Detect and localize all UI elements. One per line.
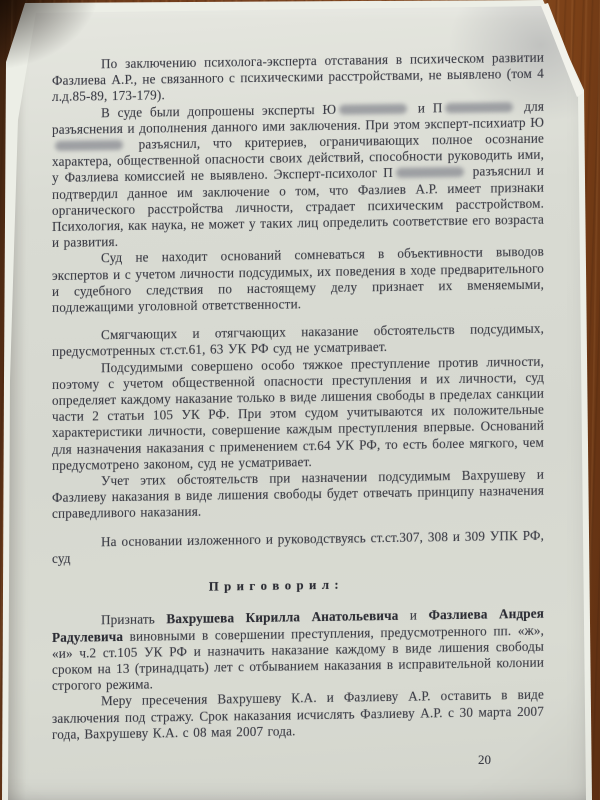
text-run: и	[398, 608, 428, 623]
paragraph: Подсудимыми совершено особо тяжкое прест…	[52, 353, 544, 474]
paragraph: В суде были допрошены эксперты Ю и П для…	[52, 98, 544, 251]
paragraph: На основании изложенного и руководствуяс…	[52, 527, 544, 567]
paragraph: По заключению психолога-эксперта отстава…	[52, 50, 544, 106]
text-run: Вахрушева Кирилла Анатольевича	[166, 608, 398, 626]
text-run: По заключению психолога-эксперта отстава…	[52, 50, 544, 105]
redaction-blur	[339, 103, 407, 114]
text-run: и П	[410, 100, 442, 115]
text-run: виновными в совершении преступления, пре…	[52, 622, 544, 693]
paragraph: Учет этих обстоятельств при назначении п…	[52, 467, 544, 523]
redaction-blur	[445, 102, 513, 113]
text-run: Учет этих обстоятельств при назначении п…	[52, 467, 544, 522]
page-number: 20	[478, 752, 491, 768]
redaction-blur	[55, 140, 123, 151]
text-run: Подсудимыми совершено особо тяжкое прест…	[52, 353, 544, 473]
redaction-blur	[396, 167, 464, 178]
text-run: Признать	[101, 612, 166, 628]
photographed-court-document: По заключению психолога-эксперта отстава…	[0, 0, 600, 800]
document-body: По заключению психолога-эксперта отстава…	[52, 50, 544, 743]
paragraph: Меру пресечения Вахрушеву К.А. и Фазлиев…	[52, 687, 544, 743]
text-run: На основании изложенного и руководствуяс…	[52, 527, 544, 566]
verdict-heading: П р и г о в о р и л :	[52, 575, 496, 598]
text-run: Меру пресечения Вахрушеву К.А. и Фазлиев…	[52, 687, 544, 742]
text-run: В суде были допрошены эксперты Ю	[101, 101, 336, 119]
paragraph: Признать Вахрушева Кирилла Анатольевича …	[52, 606, 544, 694]
text-run: Суд не находит оснований сомневаться в о…	[52, 244, 544, 315]
paragraph: Суд не находит оснований сомневаться в о…	[52, 244, 544, 316]
